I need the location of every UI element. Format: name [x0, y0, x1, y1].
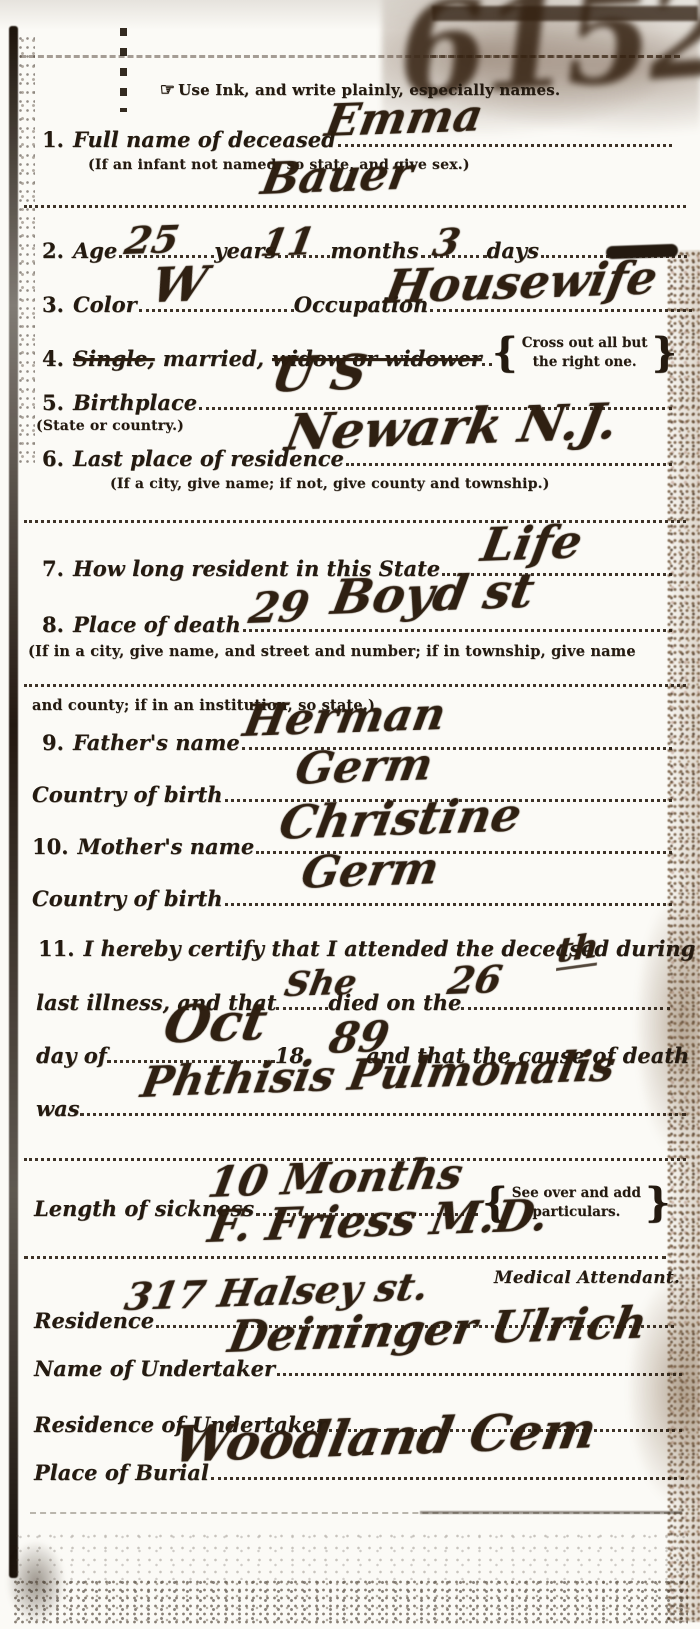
death-month-handwriting: Oct — [160, 997, 271, 1052]
dotted-leader — [276, 1007, 328, 1010]
certification-text: day of — [36, 1043, 107, 1068]
full-name-given-handwriting: Emma — [322, 95, 486, 144]
mother-name-handwriting: Christine — [276, 792, 525, 846]
field-label: Country of birth — [32, 782, 223, 807]
dotted-leader — [346, 463, 672, 466]
dotted-line — [24, 205, 686, 208]
field-number: 3. — [42, 292, 64, 317]
mother-country-handwriting: Germ — [298, 847, 442, 896]
medical-attendant-signature-handwriting: F. Friess M.D. — [205, 1194, 552, 1250]
birthplace-note: (State or country.) — [36, 418, 184, 434]
field-label: Full name of deceased — [73, 127, 336, 152]
death-street-handwriting: Boyd st — [328, 567, 538, 622]
dotted-leader — [243, 629, 672, 632]
field-number: 4. — [42, 346, 64, 371]
cross-out-note: { Cross out all but the right one. } — [492, 334, 677, 372]
field-number: 8. — [42, 612, 64, 637]
scan-bottom-edge-artifact — [12, 1578, 688, 1624]
field-number: 1. — [42, 127, 64, 152]
undertaker-name-handwriting: Deininger Ulrich — [225, 1302, 650, 1360]
field-number: 11. — [38, 936, 75, 961]
father-country-handwriting: Germ — [292, 743, 436, 792]
scan-bottom-speckle-artifact — [12, 1530, 688, 1580]
age-months-handwriting: 11 — [258, 222, 318, 262]
medical-attendant-label: Medical Attendant. — [450, 1268, 680, 1288]
marital-single-struck: Single, — [73, 346, 155, 371]
certification-text: was — [36, 1096, 80, 1121]
pronoun-handwriting: She — [282, 966, 359, 1002]
death-day-suffix-handwriting: th — [556, 929, 600, 971]
right-brace: } — [651, 335, 677, 371]
field-number: 7. — [42, 556, 64, 581]
dotted-leader — [211, 1477, 684, 1480]
residence-note: (If a city, give name; if not, give coun… — [110, 476, 550, 492]
signature-line — [24, 1256, 666, 1259]
field-label: Age — [73, 238, 117, 263]
right-brace: } — [645, 1185, 671, 1221]
cross-out-note-line1: Cross out all but — [522, 334, 648, 353]
place-of-burial-handwriting: Woodland Cem — [170, 1405, 600, 1470]
field-label: Birthplace — [73, 390, 197, 415]
cross-out-note-line2: the right one. — [522, 353, 648, 372]
field-label: Place of death — [73, 612, 241, 637]
field-number: 5. — [42, 390, 64, 415]
field-number: 6. — [42, 446, 64, 471]
birthplace-handwriting: U S — [268, 349, 370, 400]
scan-corner-smudge-artifact — [6, 1540, 66, 1624]
resident-duration-handwriting: Life — [478, 519, 586, 568]
field-undertaker-name: Name of Undertaker — [34, 1356, 682, 1381]
certification-line4: was — [36, 1096, 686, 1121]
left-brace: { — [492, 335, 518, 371]
field-number: 2. — [42, 238, 64, 263]
death-certificate-scan: 6152 ☞Use Ink, and write plainly, especi… — [0, 0, 700, 1629]
field-marital-status: 4. Single, married, widow or widower — [42, 346, 490, 371]
field-label: Mother's name — [78, 834, 255, 859]
bottom-rule-line-dark — [420, 1511, 682, 1514]
father-name-handwriting: Herman — [240, 693, 449, 744]
field-label: Father's name — [73, 730, 240, 755]
death-day-handwriting: 26 — [445, 960, 505, 1000]
death-house-number-handwriting: 29 — [246, 586, 312, 630]
dotted-leader — [482, 363, 492, 366]
occupation-handwriting: Housewife — [382, 255, 661, 310]
dotted-leader — [225, 903, 672, 906]
full-name-surname-handwriting: Bauer — [258, 153, 416, 202]
last-residence-handwriting: Newark N.J. — [282, 397, 622, 458]
dotted-line — [24, 520, 686, 523]
fold-registration-marks — [120, 28, 127, 112]
marital-married: married, — [163, 346, 264, 371]
manicule-icon: ☞ — [160, 80, 175, 100]
place-of-death-note1: (If in a city, give name, and street and… — [28, 643, 636, 660]
dotted-leader — [461, 1007, 670, 1010]
field-number: 9. — [42, 730, 64, 755]
color-label: Color — [73, 292, 137, 317]
age-years-handwriting: 25 — [122, 220, 182, 260]
color-value-handwriting: W — [148, 260, 211, 310]
dotted-leader — [277, 1373, 682, 1376]
scan-left-speckle-artifact — [17, 34, 35, 464]
dotted-leader — [80, 1113, 686, 1116]
dotted-line — [24, 684, 686, 687]
field-label: Country of birth — [32, 886, 223, 911]
certification-text: I hereby certify that I attended the dec… — [84, 936, 700, 961]
field-number: 10. — [32, 834, 69, 859]
